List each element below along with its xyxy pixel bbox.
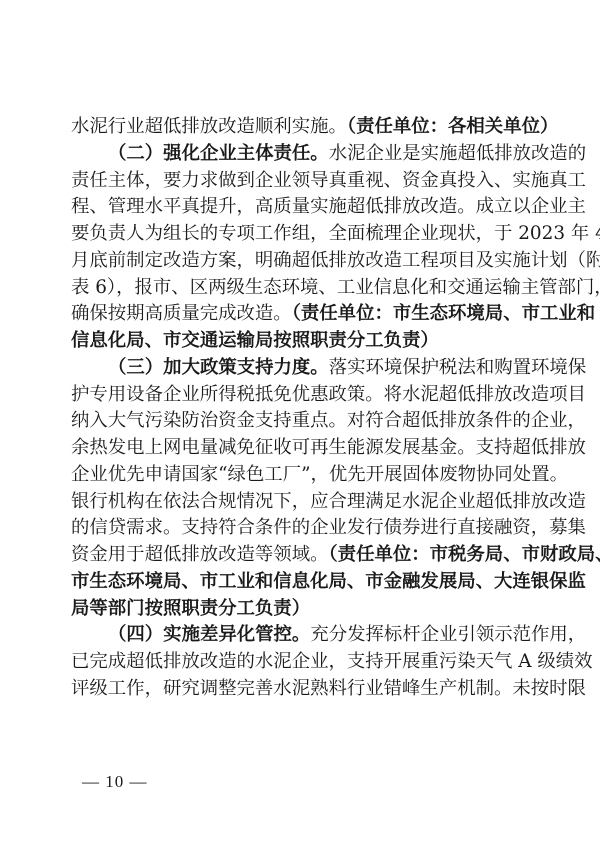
body-text: 落实环境保护税法和购置环境保 [329,357,586,378]
text-line: 程、管理水平真提升，高质量实施超低排放改造。成立以企业主 [71,194,533,221]
body-text: 确保按期高质量完成改造。 [71,303,292,324]
body-text: 水泥企业是实施超低排放改造的 [329,143,586,164]
body-text: 责任主体，要力求做到企业领导真重视、资金真投入、实施真工 [71,170,586,191]
text-line: 已完成超低排放改造的水泥企业，支持开展重污染天气 A 级绩效 [71,649,533,676]
body-text: 余热发电上网电量减免征收可再生能源发展基金。支持超低排放 [71,437,586,458]
body-text: 已完成超低排放改造的水泥企业，支持开展重污染天气 A 级绩效 [71,651,593,672]
body-text: 评级工作，研究调整完善水泥熟料行业错峰生产机制。未按时限 [71,678,586,699]
responsible-units: （责任单位：市税务局、市财政局、 [328,544,600,565]
section-heading-3: （三）加大政策支持力度。 [108,357,329,378]
text-line: 市生态环境局、市工业和信息化局、市金融发展局、大连银保监 [71,569,533,596]
body-text: 的信贷需求。支持符合条件的企业发行债券进行直接融资，募集 [71,517,586,538]
text-line: 护专用设备企业所得税抵免优惠政策。将水泥超低排放改造项目 [71,382,533,409]
body-text: 充分发挥标杆企业引领示范作用， [310,624,586,645]
page-number: — 10 — [82,772,148,792]
section-heading-line: （四）实施差异化管控。充分发挥标杆企业引领示范作用， [71,622,533,649]
text-line: 确保按期高质量完成改造。（责任单位：市生态环境局、市工业和 [71,301,533,328]
body-text: 护专用设备企业所得税抵免优惠政策。将水泥超低排放改造项目 [71,384,586,405]
text-line: 资金用于超低排放改造等领域。（责任单位：市税务局、市财政局、 [71,542,533,569]
body-text: 银行机构在依法合规情况下，应合理满足水泥企业超低排放改造 [71,491,586,512]
text-line: 责任主体，要力求做到企业领导真重视、资金真投入、实施真工 [71,168,533,195]
text-line: 余热发电上网电量减免征收可再生能源发展基金。支持超低排放 [71,435,533,462]
responsible-units: 市生态环境局、市工业和信息化局、市金融发展局、大连银保监 [71,571,586,592]
document-body: 水泥行业超低排放改造顺利实施。（责任单位：各相关单位） （二）强化企业主体责任。… [71,114,533,703]
section-heading-line: （二）强化企业主体责任。水泥企业是实施超低排放改造的 [71,141,533,168]
body-text: 程、管理水平真提升，高质量实施超低排放改造。成立以企业主 [71,196,586,217]
body-text: 水泥行业超低排放改造顺利实施。 [71,116,347,137]
body-text: 月底前制定改造方案，明确超低排放改造工程项目及实施计划（附 [71,250,600,271]
body-text: 企业优先申请国家“绿色工厂”，优先开展固体废物协同处置。 [71,464,568,485]
body-text: 要负责人为组长的专项工作组，全面梳理企业现状，于 2023 年 4 [71,223,600,244]
section-heading-2: （二）强化企业主体责任。 [108,143,329,164]
responsible-units: （责任单位：各相关单位） [347,116,559,137]
text-line: 银行机构在依法合规情况下，应合理满足水泥企业超低排放改造 [71,489,533,516]
text-line: 的信贷需求。支持符合条件的企业发行债券进行直接融资，募集 [71,515,533,542]
text-line: 企业优先申请国家“绿色工厂”，优先开展固体废物协同处置。 [71,462,533,489]
text-line: 要负责人为组长的专项工作组，全面梳理企业现状，于 2023 年 4 [71,221,533,248]
text-line: 纳入大气污染防治资金支持重点。对符合超低排放条件的企业， [71,408,533,435]
text-line: 表 6），报市、区两级生态环境、工业信息化和交通运输主管部门， [71,275,533,302]
section-heading-line: （三）加大政策支持力度。落实环境保护税法和购置环境保 [71,355,533,382]
body-text: 资金用于超低排放改造等领域。 [71,544,328,565]
document-page: 水泥行业超低排放改造顺利实施。（责任单位：各相关单位） （二）强化企业主体责任。… [0,0,600,867]
responsible-units: （责任单位：市生态环境局、市工业和 [292,303,595,324]
body-text: 纳入大气污染防治资金支持重点。对符合超低排放条件的企业， [71,410,586,431]
text-line: 评级工作，研究调整完善水泥熟料行业错峰生产机制。未按时限 [71,676,533,703]
section-heading-4: （四）实施差异化管控。 [108,624,310,645]
text-line: 局等部门按照职责分工负责） [71,596,533,623]
responsible-units: 信息化局、市交通运输局按照职责分工负责） [71,330,439,351]
responsible-units: 局等部门按照职责分工负责） [71,598,310,619]
body-text: 表 6），报市、区两级生态环境、工业信息化和交通运输主管部门， [71,277,600,298]
text-line: 信息化局、市交通运输局按照职责分工负责） [71,328,533,355]
text-line: 水泥行业超低排放改造顺利实施。（责任单位：各相关单位） [71,114,533,141]
text-line: 月底前制定改造方案，明确超低排放改造工程项目及实施计划（附 [71,248,533,275]
